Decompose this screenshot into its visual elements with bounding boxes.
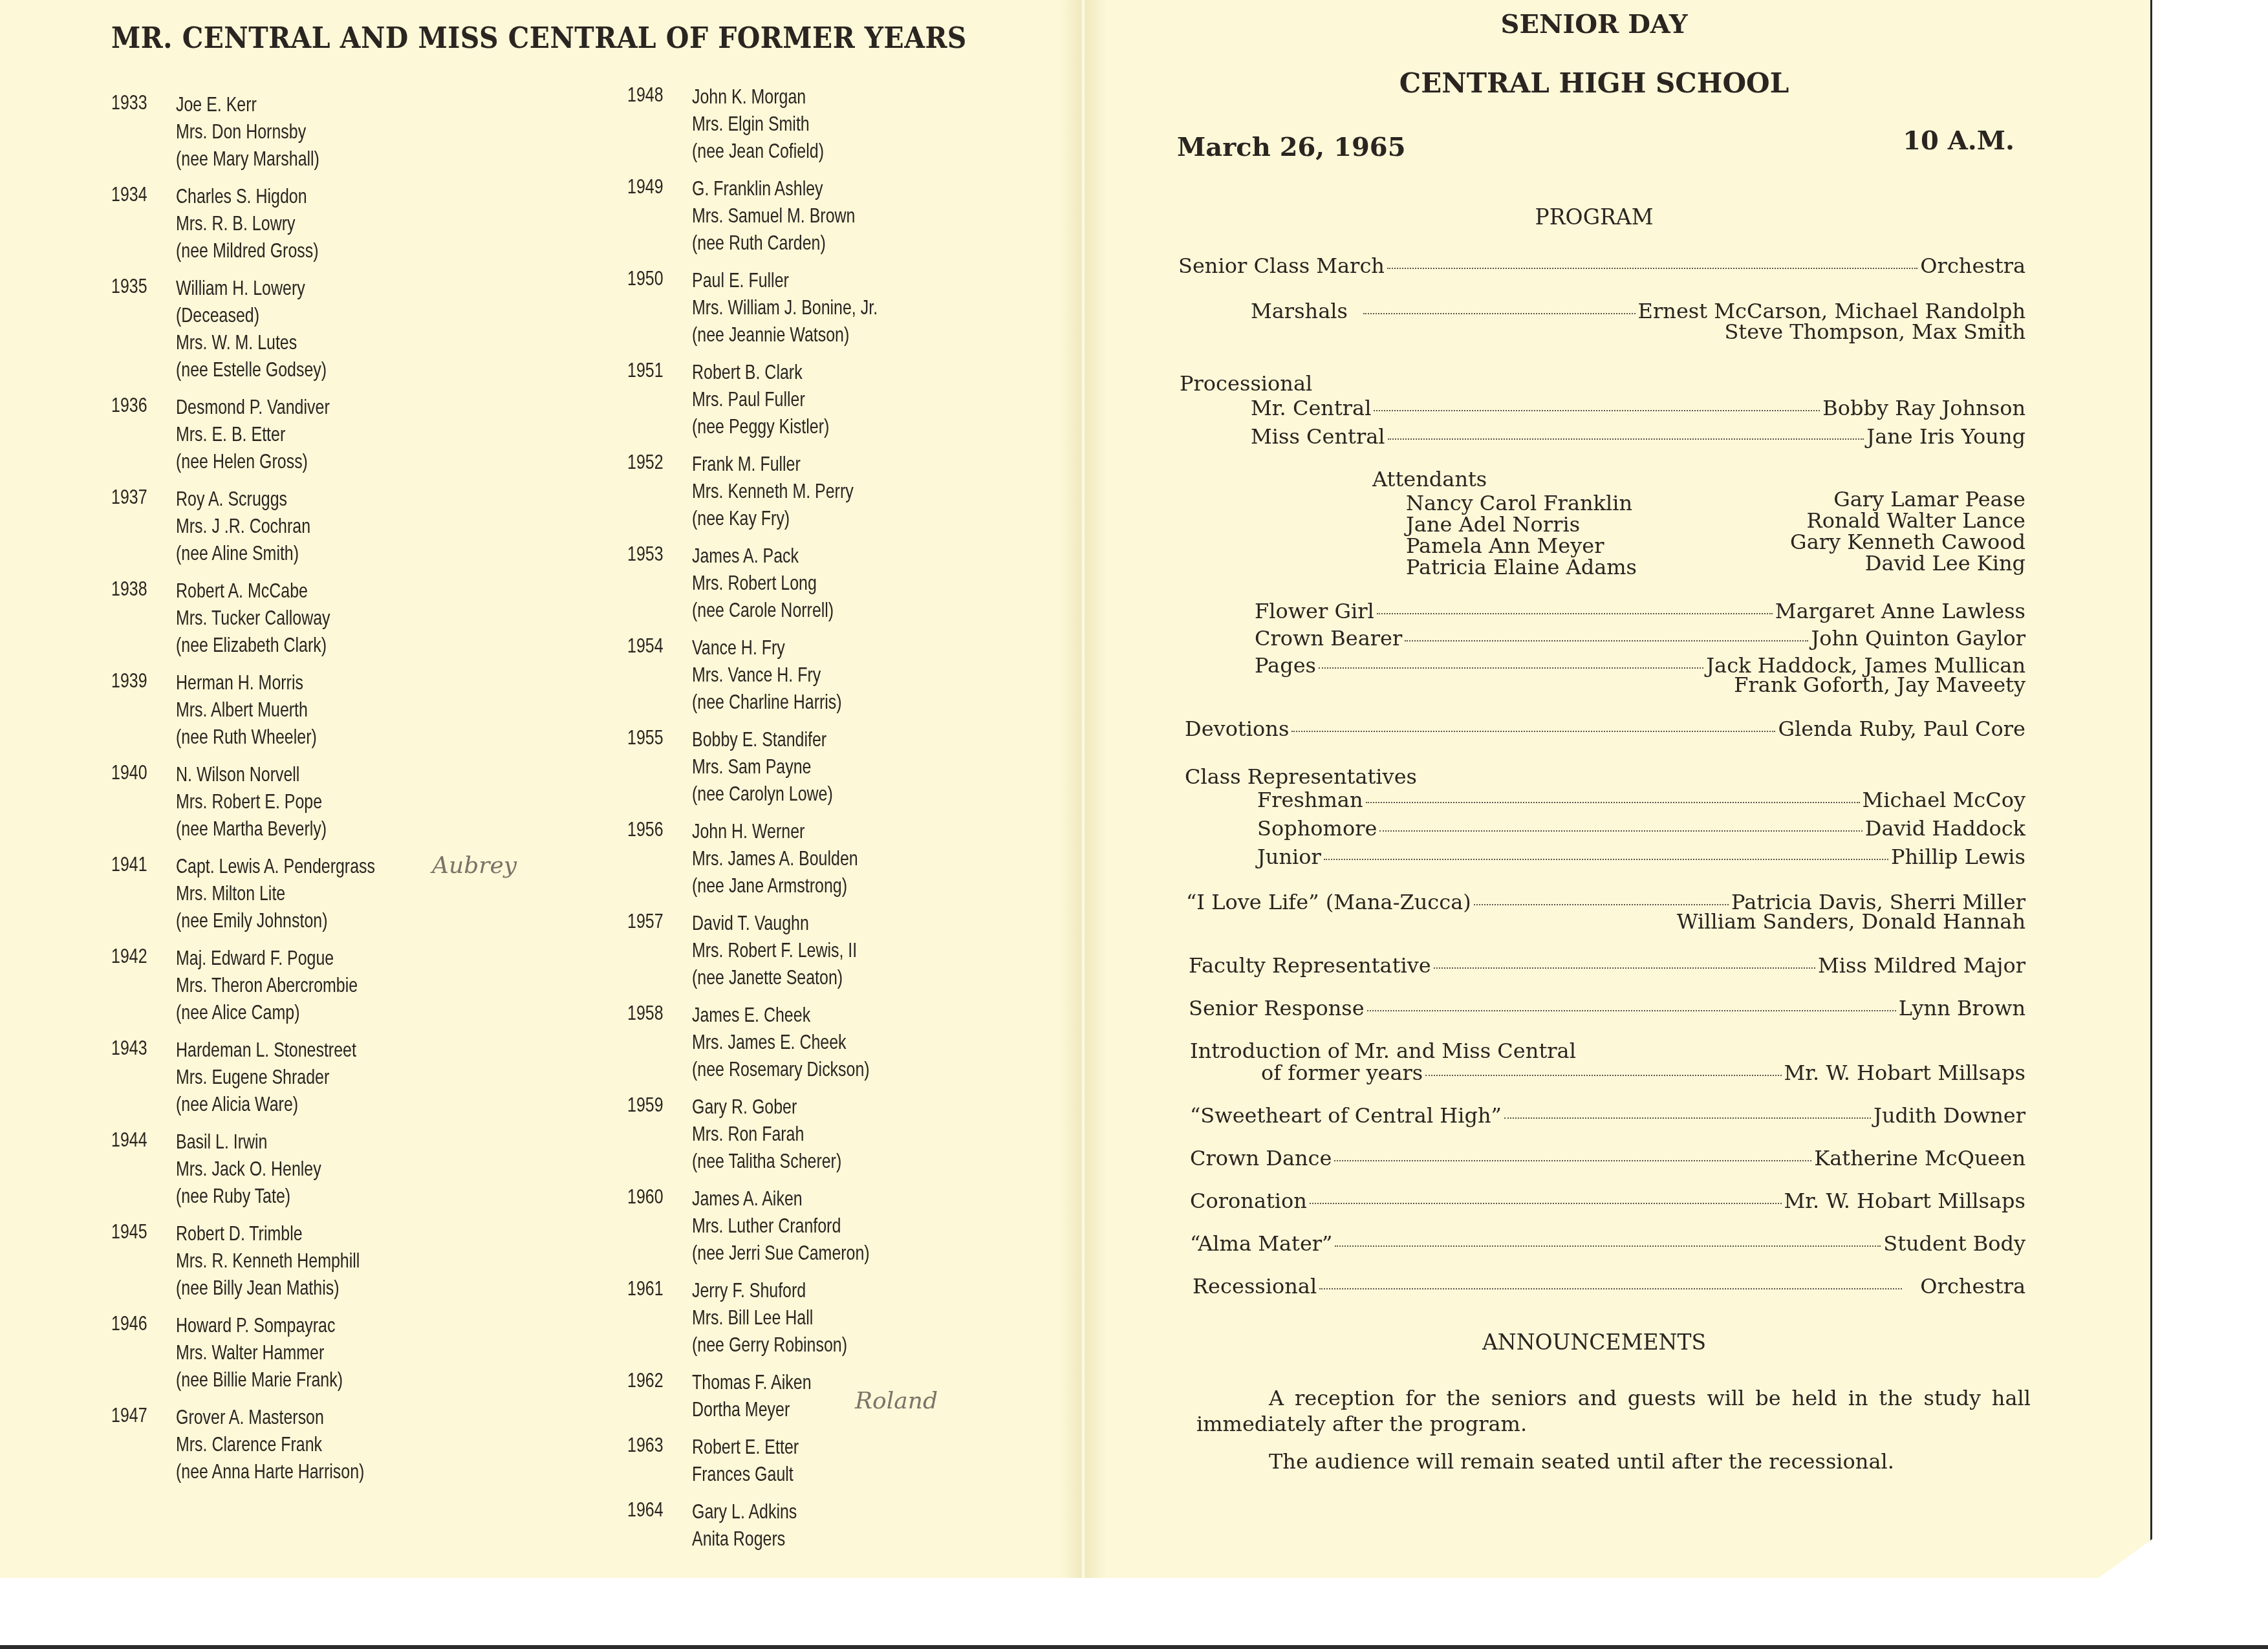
entry-name-line: (nee Emily Johnston) xyxy=(176,907,375,934)
entry-name-line: (nee Billie Marie Frank) xyxy=(176,1366,375,1393)
entry-year: 1935 xyxy=(111,274,147,298)
entry-name-line: Mrs. Robert F. Lewis, II xyxy=(692,936,878,964)
attendant: Pamela Ann Meyer xyxy=(1406,535,1637,557)
entry-name-line: Mrs. Tucker Calloway xyxy=(176,604,375,631)
entry-name-line: (nee Janette Seaton) xyxy=(692,964,878,991)
leader-dots xyxy=(1474,904,1729,905)
entry-name-line: Mrs. W. M. Lutes xyxy=(176,329,375,356)
entry-year: 1950 xyxy=(627,266,664,290)
entry-name-line: Joe E. Kerr xyxy=(176,91,375,118)
former-year-entry: 1956John H. WernerMrs. James A. Boulden(… xyxy=(627,817,930,899)
entry-name-line: Howard P. Sompayrac xyxy=(176,1311,375,1339)
entry-year: 1964 xyxy=(627,1498,664,1522)
entry-name-line: (nee Rosemary Dickson) xyxy=(692,1055,878,1083)
entry-name-line: Mrs. Ron Farah xyxy=(692,1120,878,1147)
entry-name-line: James A. Aiken xyxy=(692,1185,878,1212)
former-year-entry: 1937Roy A. ScruggsMrs. J .R. Cochran(nee… xyxy=(111,485,431,566)
center-fold xyxy=(1061,0,1106,1578)
program-item-recessional: Recessional Orchestra xyxy=(1193,1274,2025,1300)
program-item-miss-central: Miss Central Jane Iris Young xyxy=(1251,424,2025,450)
entry-names: Gary R. GoberMrs. Ron Farah(nee Talitha … xyxy=(692,1093,930,1174)
entry-year: 1934 xyxy=(111,182,147,206)
entry-name-line: (nee Alice Camp) xyxy=(176,998,375,1026)
former-year-entry: 1955Bobby E. StandiferMrs. Sam Payne(nee… xyxy=(627,726,930,807)
entry-name-line: Basil L. Irwin xyxy=(176,1128,375,1155)
entry-names: Paul E. FullerMrs. William J. Bonine, Jr… xyxy=(692,266,930,348)
entry-name-line: (nee Anna Harte Harrison) xyxy=(176,1458,375,1485)
entry-name-line: Mrs. R. Kenneth Hemphill xyxy=(176,1247,375,1274)
leader-dots xyxy=(1425,1075,1781,1076)
entry-year: 1939 xyxy=(111,669,147,693)
entry-year: 1947 xyxy=(111,1403,147,1427)
entry-name-line: Mrs. Clarence Frank xyxy=(176,1430,375,1458)
program-item-introduction: Introduction of Mr. and Miss Central xyxy=(1190,1039,1576,1063)
entry-name-line: (nee Mary Marshall) xyxy=(176,145,375,172)
leader-dots xyxy=(1291,731,1775,732)
program-item-junior: Junior Phillip Lewis xyxy=(1257,845,2025,870)
former-year-entry: 1935William H. Lowery(Deceased)Mrs. W. M… xyxy=(111,274,431,383)
entry-year: 1943 xyxy=(111,1036,147,1060)
entry-name-line: (nee Ruth Carden) xyxy=(692,229,878,256)
attendants-label: Attendants xyxy=(1372,467,1487,491)
entry-name-line: Mrs. Robert Long xyxy=(692,569,878,596)
entry-names: Gary L. AdkinsAnita Rogers xyxy=(692,1498,930,1552)
entry-name-line: Thomas F. Aiken xyxy=(692,1368,878,1396)
former-year-entry: 1948John K. MorganMrs. Elgin Smith(nee J… xyxy=(627,83,930,164)
entry-name-line: Robert D. Trimble xyxy=(176,1220,375,1247)
entry-name-line: Mrs. James A. Boulden xyxy=(692,845,878,872)
entry-name-line: Mrs. R. B. Lowry xyxy=(176,210,375,237)
entry-name-line: Jerry F. Shuford xyxy=(692,1277,878,1304)
attendant: Patricia Elaine Adams xyxy=(1406,557,1637,578)
former-year-entry: 1951Robert B. ClarkMrs. Paul Fuller(nee … xyxy=(627,358,930,440)
entry-names: John H. WernerMrs. James A. Boulden(nee … xyxy=(692,817,930,899)
entry-name-line: Paul E. Fuller xyxy=(692,266,878,294)
entry-name-line: (nee Peggy Kistler) xyxy=(692,413,878,440)
announcement-seating: The audience will remain seated until af… xyxy=(1196,1449,2031,1474)
former-year-entry: 1957David T. VaughnMrs. Robert F. Lewis,… xyxy=(627,909,930,991)
former-year-entry: 1954Vance H. FryMrs. Vance H. Fry(nee Ch… xyxy=(627,634,930,715)
entry-name-line: Mrs. Jack O. Henley xyxy=(176,1155,375,1182)
entry-name-line: Desmond P. Vandiver xyxy=(176,393,375,420)
entry-name-line: (nee Gerry Robinson) xyxy=(692,1331,878,1358)
former-year-entry: 1960James A. AikenMrs. Luther Cranford(n… xyxy=(627,1185,930,1266)
entry-year: 1958 xyxy=(627,1001,664,1025)
school-name: CENTRAL HIGH SCHOOL xyxy=(1164,67,2024,99)
marshals-continued: Steve Thompson, Max Smith xyxy=(1724,319,2025,344)
leader-dots xyxy=(1374,410,1820,411)
entry-name-line: Capt. Lewis A. Pendergrass xyxy=(176,852,375,879)
entry-name-line: Robert A. McCabe xyxy=(176,577,375,604)
program-heading: PROGRAM xyxy=(1164,204,2024,230)
entry-year: 1962 xyxy=(627,1368,664,1392)
entry-name-line: (nee Kay Fry) xyxy=(692,504,878,532)
entry-name-line: (nee Carolyn Lowe) xyxy=(692,780,878,807)
leader-dots xyxy=(1387,268,1917,269)
entry-names: Maj. Edward F. PogueMrs. Theron Abercrom… xyxy=(176,944,431,1026)
entry-name-line: (nee Carole Norrell) xyxy=(692,596,878,623)
entry-name-line: Mrs. James E. Cheek xyxy=(692,1028,878,1055)
former-year-entry: 1946Howard P. SompayracMrs. Walter Hamme… xyxy=(111,1311,431,1393)
entry-name-line: David T. Vaughn xyxy=(692,909,878,936)
entry-name-line: James E. Cheek xyxy=(692,1001,878,1028)
entry-name-line: Dortha Meyer xyxy=(692,1396,878,1423)
entry-names: Grover A. MastersonMrs. Clarence Frank(n… xyxy=(176,1403,431,1485)
entry-name-line: (nee Martha Beverly) xyxy=(176,815,375,842)
entry-name-line: Maj. Edward F. Pogue xyxy=(176,944,375,971)
entry-year: 1933 xyxy=(111,91,147,114)
program-item-freshman: Freshman Michael McCoy xyxy=(1257,788,2025,814)
entry-name-line: Robert E. Etter xyxy=(692,1433,878,1460)
entry-names: Frank M. FullerMrs. Kenneth M. Perry(nee… xyxy=(692,450,930,532)
leader-dots xyxy=(1405,640,1808,641)
entry-name-line: (nee Aline Smith) xyxy=(176,539,375,566)
program-item-sweetheart: “Sweetheart of Central High” Judith Down… xyxy=(1190,1103,2025,1129)
entry-names: Vance H. FryMrs. Vance H. Fry(nee Charli… xyxy=(692,634,930,715)
entry-names: Basil L. IrwinMrs. Jack O. Henley(nee Ru… xyxy=(176,1128,431,1209)
announcements-heading: ANNOUNCEMENTS xyxy=(1164,1330,2024,1355)
entry-name-line: (nee Jerri Sue Cameron) xyxy=(692,1239,878,1266)
entry-name-line: Mrs. Milton Lite xyxy=(176,879,375,907)
entry-names: N. Wilson NorvellMrs. Robert E. Pope(nee… xyxy=(176,760,431,842)
entry-year: 1945 xyxy=(111,1220,147,1244)
entry-name-line: Mrs. Bill Lee Hall xyxy=(692,1304,878,1331)
former-year-entry: 1941Capt. Lewis A. PendergrassMrs. Milto… xyxy=(111,852,431,934)
leader-dots xyxy=(1334,1160,1811,1161)
entry-year: 1961 xyxy=(627,1277,664,1300)
former-years-column-2: 1948John K. MorganMrs. Elgin Smith(nee J… xyxy=(627,83,930,1562)
entry-year: 1956 xyxy=(627,817,664,841)
entry-names: Roy A. ScruggsMrs. J .R. Cochran(nee Ali… xyxy=(176,485,431,566)
program-item-sophomore: Sophomore David Haddock xyxy=(1257,816,2025,842)
former-year-entry: 1942Maj. Edward F. PogueMrs. Theron Aber… xyxy=(111,944,431,1026)
attendant: Ronald Walter Lance xyxy=(1790,510,2025,532)
entry-name-line: (nee Estelle Godsey) xyxy=(176,356,375,383)
pages-continued: Frank Goforth, Jay Maveety xyxy=(1734,673,2025,697)
entry-year: 1960 xyxy=(627,1185,664,1209)
former-years-column-1: 1933Joe E. KerrMrs. Don Hornsby(nee Mary… xyxy=(111,91,431,1495)
entry-name-line: Charles S. Higdon xyxy=(176,182,375,210)
entry-name-line: (Deceased) xyxy=(176,301,375,329)
entry-year: 1963 xyxy=(627,1433,664,1457)
entry-name-line: James A. Pack xyxy=(692,542,878,569)
entry-name-line: (nee Elizabeth Clark) xyxy=(176,631,375,658)
entry-name-line: (nee Jeannie Watson) xyxy=(692,321,878,348)
entry-names: Bobby E. StandiferMrs. Sam Payne(nee Car… xyxy=(692,726,930,807)
entry-year: 1940 xyxy=(111,760,147,784)
entry-year: 1957 xyxy=(627,909,664,933)
event-time: 10 A.M. xyxy=(1903,125,2014,156)
i-love-life-continued: William Sanders, Donald Hannah xyxy=(1677,909,2025,934)
entry-name-line: (nee Helen Gross) xyxy=(176,447,375,475)
program-item-introduction-continued: of former years Mr. W. Hobart Millsaps xyxy=(1261,1061,2025,1086)
leader-dots xyxy=(1388,438,1864,440)
program-item-processional: Processional xyxy=(1180,371,1312,396)
entry-names: Desmond P. VandiverMrs. E. B. Etter(nee … xyxy=(176,393,431,475)
entry-name-line: Mrs. E. B. Etter xyxy=(176,420,375,447)
attendant: David Lee King xyxy=(1790,553,2025,574)
entry-name-line: Mrs. William J. Bonine, Jr. xyxy=(692,294,878,321)
entry-names: Robert A. McCabeMrs. Tucker Calloway(nee… xyxy=(176,577,431,658)
entry-name-line: Grover A. Masterson xyxy=(176,1403,375,1430)
entry-name-line: N. Wilson Norvell xyxy=(176,760,375,788)
entry-year: 1938 xyxy=(111,577,147,601)
former-year-entry: 1959Gary R. GoberMrs. Ron Farah(nee Tali… xyxy=(627,1093,930,1174)
program-item-flower-girl: Flower Girl Margaret Anne Lawless xyxy=(1255,599,2025,625)
entry-year: 1955 xyxy=(627,726,664,749)
entry-name-line: Bobby E. Standifer xyxy=(692,726,878,753)
entry-name-line: Mrs. Walter Hammer xyxy=(176,1339,375,1366)
entry-name-line: Frank M. Fuller xyxy=(692,450,878,477)
entry-name-line: Mrs. Kenneth M. Perry xyxy=(692,477,878,504)
entry-name-line: (nee Jane Armstrong) xyxy=(692,872,878,899)
entry-name-line: Mrs. Robert E. Pope xyxy=(176,788,375,815)
former-year-entry: 1940N. Wilson NorvellMrs. Robert E. Pope… xyxy=(111,760,431,842)
leader-dots xyxy=(1363,313,1636,314)
entry-names: Robert B. ClarkMrs. Paul Fuller(nee Pegg… xyxy=(692,358,930,440)
entry-name-line: Mrs. Don Hornsby xyxy=(176,118,375,145)
entry-year: 1936 xyxy=(111,393,147,417)
former-year-entry: 1953James A. PackMrs. Robert Long(nee Ca… xyxy=(627,542,930,623)
attendants-left-list: Nancy Carol Franklin Jane Adel Norris Pa… xyxy=(1406,493,1637,578)
event-date: March 26, 1965 xyxy=(1177,132,1405,162)
former-year-entry: 1938Robert A. McCabeMrs. Tucker Calloway… xyxy=(111,577,431,658)
leader-dots xyxy=(1367,1010,1896,1011)
entry-year: 1953 xyxy=(627,542,664,566)
entry-names: Robert E. EtterFrances Gault xyxy=(692,1433,930,1487)
entry-year: 1951 xyxy=(627,358,664,382)
leader-dots xyxy=(1434,967,1815,969)
former-year-entry: 1964Gary L. AdkinsAnita Rogers xyxy=(627,1498,930,1552)
entry-year: 1959 xyxy=(627,1093,664,1117)
entry-names: Howard P. SompayracMrs. Walter Hammer(ne… xyxy=(176,1311,431,1393)
entry-name-line: Mrs. Sam Payne xyxy=(692,753,878,780)
entry-names: James A. PackMrs. Robert Long(nee Carole… xyxy=(692,542,930,623)
program-item-crown-dance: Crown Dance Katherine McQueen xyxy=(1190,1146,2025,1172)
leader-dots xyxy=(1379,830,1862,832)
entry-names: David T. VaughnMrs. Robert F. Lewis, II(… xyxy=(692,909,930,991)
entry-name-line: William H. Lowery xyxy=(176,274,375,301)
former-year-entry: 1945Robert D. TrimbleMrs. R. Kenneth Hem… xyxy=(111,1220,431,1301)
entry-names: Jerry F. ShufordMrs. Bill Lee Hall(nee G… xyxy=(692,1277,930,1358)
attendants-right-list: Gary Lamar Pease Ronald Walter Lance Gar… xyxy=(1790,489,2025,574)
entry-year: 1952 xyxy=(627,450,664,474)
scanner-edge xyxy=(0,1645,2268,1649)
entry-names: James A. AikenMrs. Luther Cranford(nee J… xyxy=(692,1185,930,1266)
attendant: Gary Kenneth Cawood xyxy=(1790,532,2025,553)
entry-name-line: Herman H. Morris xyxy=(176,669,375,696)
entry-name-line: G. Franklin Ashley xyxy=(692,175,878,202)
entry-names: William H. Lowery(Deceased)Mrs. W. M. Lu… xyxy=(176,274,431,383)
handwritten-note-aubrey: Aubrey xyxy=(432,852,517,879)
entry-name-line: (nee Mildred Gross) xyxy=(176,237,375,264)
entry-name-line: Mrs. Vance H. Fry xyxy=(692,661,878,688)
entry-year: 1944 xyxy=(111,1128,147,1152)
entry-name-line: Vance H. Fry xyxy=(692,634,878,661)
entry-year: 1946 xyxy=(111,1311,147,1335)
program-item-senior-class-march: Senior Class March Orchestra xyxy=(1178,253,2025,279)
entry-name-line: Mrs. Albert Muerth xyxy=(176,696,375,723)
event-title: SENIOR DAY xyxy=(1164,9,2024,39)
former-year-entry: 1934Charles S. HigdonMrs. R. B. Lowry(ne… xyxy=(111,182,431,264)
entry-name-line: Mrs. Paul Fuller xyxy=(692,385,878,413)
entry-name-line: Mrs. Luther Cranford xyxy=(692,1212,878,1239)
entry-name-line: (nee Talitha Scherer) xyxy=(692,1147,878,1174)
entry-name-line: (nee Billy Jean Mathis) xyxy=(176,1274,375,1301)
entry-names: John K. MorganMrs. Elgin Smith(nee Jean … xyxy=(692,83,930,164)
entry-name-line: John K. Morgan xyxy=(692,83,878,110)
entry-name-line: Mrs. Theron Abercrombie xyxy=(176,971,375,998)
former-year-entry: 1950Paul E. FullerMrs. William J. Bonine… xyxy=(627,266,930,348)
entry-name-line: Mrs. Elgin Smith xyxy=(692,110,878,137)
entry-name-line: (nee Ruby Tate) xyxy=(176,1182,375,1209)
entry-year: 1941 xyxy=(111,852,147,876)
leader-dots xyxy=(1366,802,1860,803)
entry-name-line: Mrs. J .R. Cochran xyxy=(176,512,375,539)
entry-year: 1949 xyxy=(627,175,664,199)
program-item-alma-mater: “Alma Mater” Student Body xyxy=(1190,1231,2025,1257)
former-year-entry: 1961Jerry F. ShufordMrs. Bill Lee Hall(n… xyxy=(627,1277,930,1358)
entry-names: Robert D. TrimbleMrs. R. Kenneth Hemphil… xyxy=(176,1220,431,1301)
entry-names: James E. CheekMrs. James E. Cheek(nee Ro… xyxy=(692,1001,930,1083)
former-year-entry: 1936Desmond P. VandiverMrs. E. B. Etter(… xyxy=(111,393,431,475)
entry-year: 1948 xyxy=(627,83,664,107)
former-year-entry: 1952Frank M. FullerMrs. Kenneth M. Perry… xyxy=(627,450,930,532)
leader-dots xyxy=(1319,667,1703,669)
former-year-entry: 1939Herman H. MorrisMrs. Albert Muerth(n… xyxy=(111,669,431,750)
entry-name-line: (nee Charline Harris) xyxy=(692,688,878,715)
entry-name-line: Gary R. Gober xyxy=(692,1093,878,1120)
entry-name-line: Robert B. Clark xyxy=(692,358,878,385)
entry-name-line: (nee Alicia Ware) xyxy=(176,1090,375,1117)
entry-name-line: Mrs. Samuel M. Brown xyxy=(692,202,878,229)
entry-names: Capt. Lewis A. PendergrassMrs. Milton Li… xyxy=(176,852,431,934)
leader-dots xyxy=(1319,1288,1902,1289)
program-item-mr-central: Mr. Central Bobby Ray Johnson xyxy=(1251,396,2025,422)
former-year-entry: 1958James E. CheekMrs. James E. Cheek(ne… xyxy=(627,1001,930,1083)
entry-year: 1954 xyxy=(627,634,664,658)
program-item-coronation: Coronation Mr. W. Hobart Millsaps xyxy=(1190,1189,2025,1214)
program-item-devotions: Devotions Glenda Ruby, Paul Core xyxy=(1185,717,2025,742)
entry-names: Charles S. HigdonMrs. R. B. Lowry(nee Mi… xyxy=(176,182,431,264)
leader-dots xyxy=(1504,1117,1871,1119)
former-year-entry: 1949G. Franklin AshleyMrs. Samuel M. Bro… xyxy=(627,175,930,256)
entry-name-line: Mrs. Eugene Shrader xyxy=(176,1063,375,1090)
entry-names: Hardeman L. StonestreetMrs. Eugene Shrad… xyxy=(176,1036,431,1117)
former-year-entry: 1943Hardeman L. StonestreetMrs. Eugene S… xyxy=(111,1036,431,1117)
entry-name-line: John H. Werner xyxy=(692,817,878,845)
program-item-faculty-representative: Faculty Representative Miss Mildred Majo… xyxy=(1189,953,2025,979)
former-years-title: MR. CENTRAL AND MISS CENTRAL OF FORMER Y… xyxy=(111,22,967,55)
entry-name-line: Gary L. Adkins xyxy=(692,1498,878,1525)
leader-dots xyxy=(1324,859,1888,860)
entry-year: 1942 xyxy=(111,944,147,968)
program-item-crown-bearer: Crown Bearer John Quinton Gaylor xyxy=(1255,626,2025,652)
entry-name-line: Frances Gault xyxy=(692,1460,878,1487)
entry-name-line: Hardeman L. Stonestreet xyxy=(176,1036,375,1063)
attendant: Jane Adel Norris xyxy=(1406,514,1637,535)
entry-names: G. Franklin AshleyMrs. Samuel M. Brown(n… xyxy=(692,175,930,256)
entry-names: Joe E. KerrMrs. Don Hornsby(nee Mary Mar… xyxy=(176,91,431,172)
leader-dots xyxy=(1335,1245,1881,1247)
leader-dots xyxy=(1377,613,1773,614)
former-year-entry: 1933Joe E. KerrMrs. Don Hornsby(nee Mary… xyxy=(111,91,431,172)
former-year-entry: 1963Robert E. EtterFrances Gault xyxy=(627,1433,930,1487)
announcement-reception: A reception for the seniors and guests w… xyxy=(1196,1385,2031,1437)
entry-names: Herman H. MorrisMrs. Albert Muerth(nee R… xyxy=(176,669,431,750)
attendant: Gary Lamar Pease xyxy=(1790,489,2025,510)
entry-name-line: (nee Jean Cofield) xyxy=(692,137,878,164)
program-item-class-representatives: Class Representatives xyxy=(1185,764,1417,789)
handwritten-note-roland: Roland xyxy=(855,1388,938,1414)
attendant: Nancy Carol Franklin xyxy=(1406,493,1637,514)
former-year-entry: 1947Grover A. MastersonMrs. Clarence Fra… xyxy=(111,1403,431,1485)
entry-name-line: Anita Rogers xyxy=(692,1525,878,1552)
entry-name-line: (nee Ruth Wheeler) xyxy=(176,723,375,750)
entry-name-line: Roy A. Scruggs xyxy=(176,485,375,512)
entry-year: 1937 xyxy=(111,485,147,509)
former-year-entry: 1944Basil L. IrwinMrs. Jack O. Henley(ne… xyxy=(111,1128,431,1209)
program-item-senior-response: Senior Response Lynn Brown xyxy=(1189,996,2025,1022)
leader-dots xyxy=(1310,1203,1782,1204)
